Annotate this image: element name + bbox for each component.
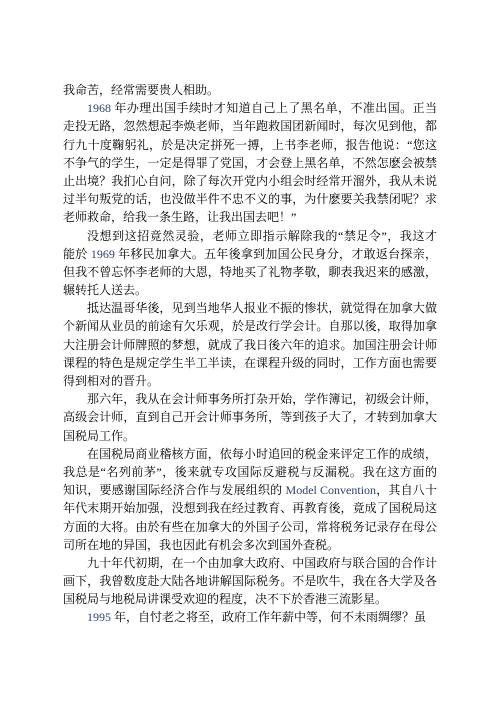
text-line: 能於 1969 年移民加拿大。五年後拿到加国公民身分，才敢返台探亲， <box>63 245 437 263</box>
text-line: 知识，要感谢国际经济合作与发展组织的 Model Convention，其自八十 <box>63 481 437 499</box>
paragraph: 在国税局商业稽核方面，依每小时追回的税金来评定工作的成绩，我总是“名列前茅”，後… <box>63 445 437 554</box>
text-line: 但我不曾忘怀李老师的大恩，特地买了礼物孝敬，聊表我迟来的感激， <box>63 263 437 281</box>
text-line: 方面的大将。由於有些在加拿大的外国子公司，常将税务记录存在母公 <box>63 518 437 536</box>
text-line: 那六年，我从在会计师事务所打杂开始，学作簿记，初级会计师， <box>63 390 437 408</box>
text-line: 1995 年，自忖老之将至，政府工作年薪中等，何不未雨绸缪？虽 <box>63 608 437 626</box>
text-line: 过半句叛党的话，也没做半件不忠不义的事，为什麽要关我禁闭呢？求 <box>63 190 437 208</box>
text-line: 高级会计师，直到自己开会计师事务所，等到孩子大了，才转到加拿大 <box>63 408 437 426</box>
text-block: 我命苦，经常需要贵人相助。1968 年办理出国手续时才知道自己上了黑名单，不准出… <box>63 81 437 627</box>
text-line: 国税局与地税局讲课受欢迎的程度，决不下於香港三流影星。 <box>63 590 437 608</box>
text-line: 止出境？我扪心自问，除了每次开党内小组会时经常开溜外，我从未说 <box>63 172 437 190</box>
text-line: 在国税局商业稽核方面，依每小时追回的税金来评定工作的成绩， <box>63 445 437 463</box>
paragraph: 我命苦，经常需要贵人相助。 <box>63 81 437 99</box>
text-line: 画下，我曾数度赴大陆各地讲解国际税务。不是吹牛，我在各大学及各 <box>63 572 437 590</box>
paragraph: 1995 年，自忖老之将至，政府工作年薪中等，何不未雨绸缪？虽 <box>63 608 437 626</box>
text-line: 我命苦，经常需要贵人相助。 <box>63 81 437 99</box>
text-line: 走投无路，忽然想起李焕老师，当年跑救国团新闻时，每次见到他，都 <box>63 117 437 135</box>
latin-text: 1995 <box>87 610 111 624</box>
text-line: 大注册会计师牌照的梦想，就成了我日後六年的追求。加国注册会计师 <box>63 336 437 354</box>
paragraph: 那六年，我从在会计师事务所打杂开始，学作簿记，初级会计师，高级会计师，直到自己开… <box>63 390 437 445</box>
paragraph: 抵达温哥华後，见到当地华人报业不振的惨状，就觉得在加拿大做个新闻从业员的前途有欠… <box>63 299 437 390</box>
text-line: 我总是“名列前茅”，後来就专攻国际反避税与反漏税。我在这方面的 <box>63 463 437 481</box>
text-line: 得到相对的晋升。 <box>63 372 437 390</box>
text-line: 辗转托人送去。 <box>63 281 437 299</box>
text-line: 没想到这招竟然灵验，老师立即指示解除我的“禁足令”，我这才 <box>63 227 437 245</box>
latin-text: Model Convention <box>286 483 377 497</box>
text-line: 年代末期开始加强，没想到我在经过教育、再教育後，竟成了国税局这 <box>63 499 437 517</box>
text-line: 司所在地的异国，我也因此有机会多次到国外查税。 <box>63 536 437 554</box>
paragraph: 1968 年办理出国手续时才知道自己上了黑名单，不准出国。正当走投无路，忽然想起… <box>63 99 437 226</box>
text-line: 行九十度鞠躬礼，於是决定拼死一搏，上书李老师，报告他说：“您这 <box>63 136 437 154</box>
paragraph: 九十年代初期，在一个由加拿大政府、中国政府与联合国的合作计画下，我曾数度赴大陆各… <box>63 554 437 609</box>
latin-text: 1968 <box>87 101 111 115</box>
text-line: 课程的特色是规定学生半工半读，在课程升级的同时，工作方面也需要 <box>63 354 437 372</box>
text-line: 九十年代初期，在一个由加拿大政府、中国政府与联合国的合作计 <box>63 554 437 572</box>
text-line: 抵达温哥华後，见到当地华人报业不振的惨状，就觉得在加拿大做 <box>63 299 437 317</box>
document-page: 我命苦，经常需要贵人相助。1968 年办理出国手续时才知道自己上了黑名单，不准出… <box>0 0 501 711</box>
text-line: 1968 年办理出国手续时才知道自己上了黑名单，不准出国。正当 <box>63 99 437 117</box>
text-line: 个新闻从业员的前途有欠乐观，於是改行学会计。自那以後，取得加拿 <box>63 317 437 335</box>
text-line: 不争气的学生，一定是得罪了党国，才会登上黑名单，不然怎麽会被禁 <box>63 154 437 172</box>
latin-text: 1969 <box>91 247 115 261</box>
text-line: 国税局工作。 <box>63 427 437 445</box>
text-line: 老师救命，给我一条生路，让我出国去吧！” <box>63 208 437 226</box>
paragraph: 没想到这招竟然灵验，老师立即指示解除我的“禁足令”，我这才能於 1969 年移民… <box>63 227 437 300</box>
